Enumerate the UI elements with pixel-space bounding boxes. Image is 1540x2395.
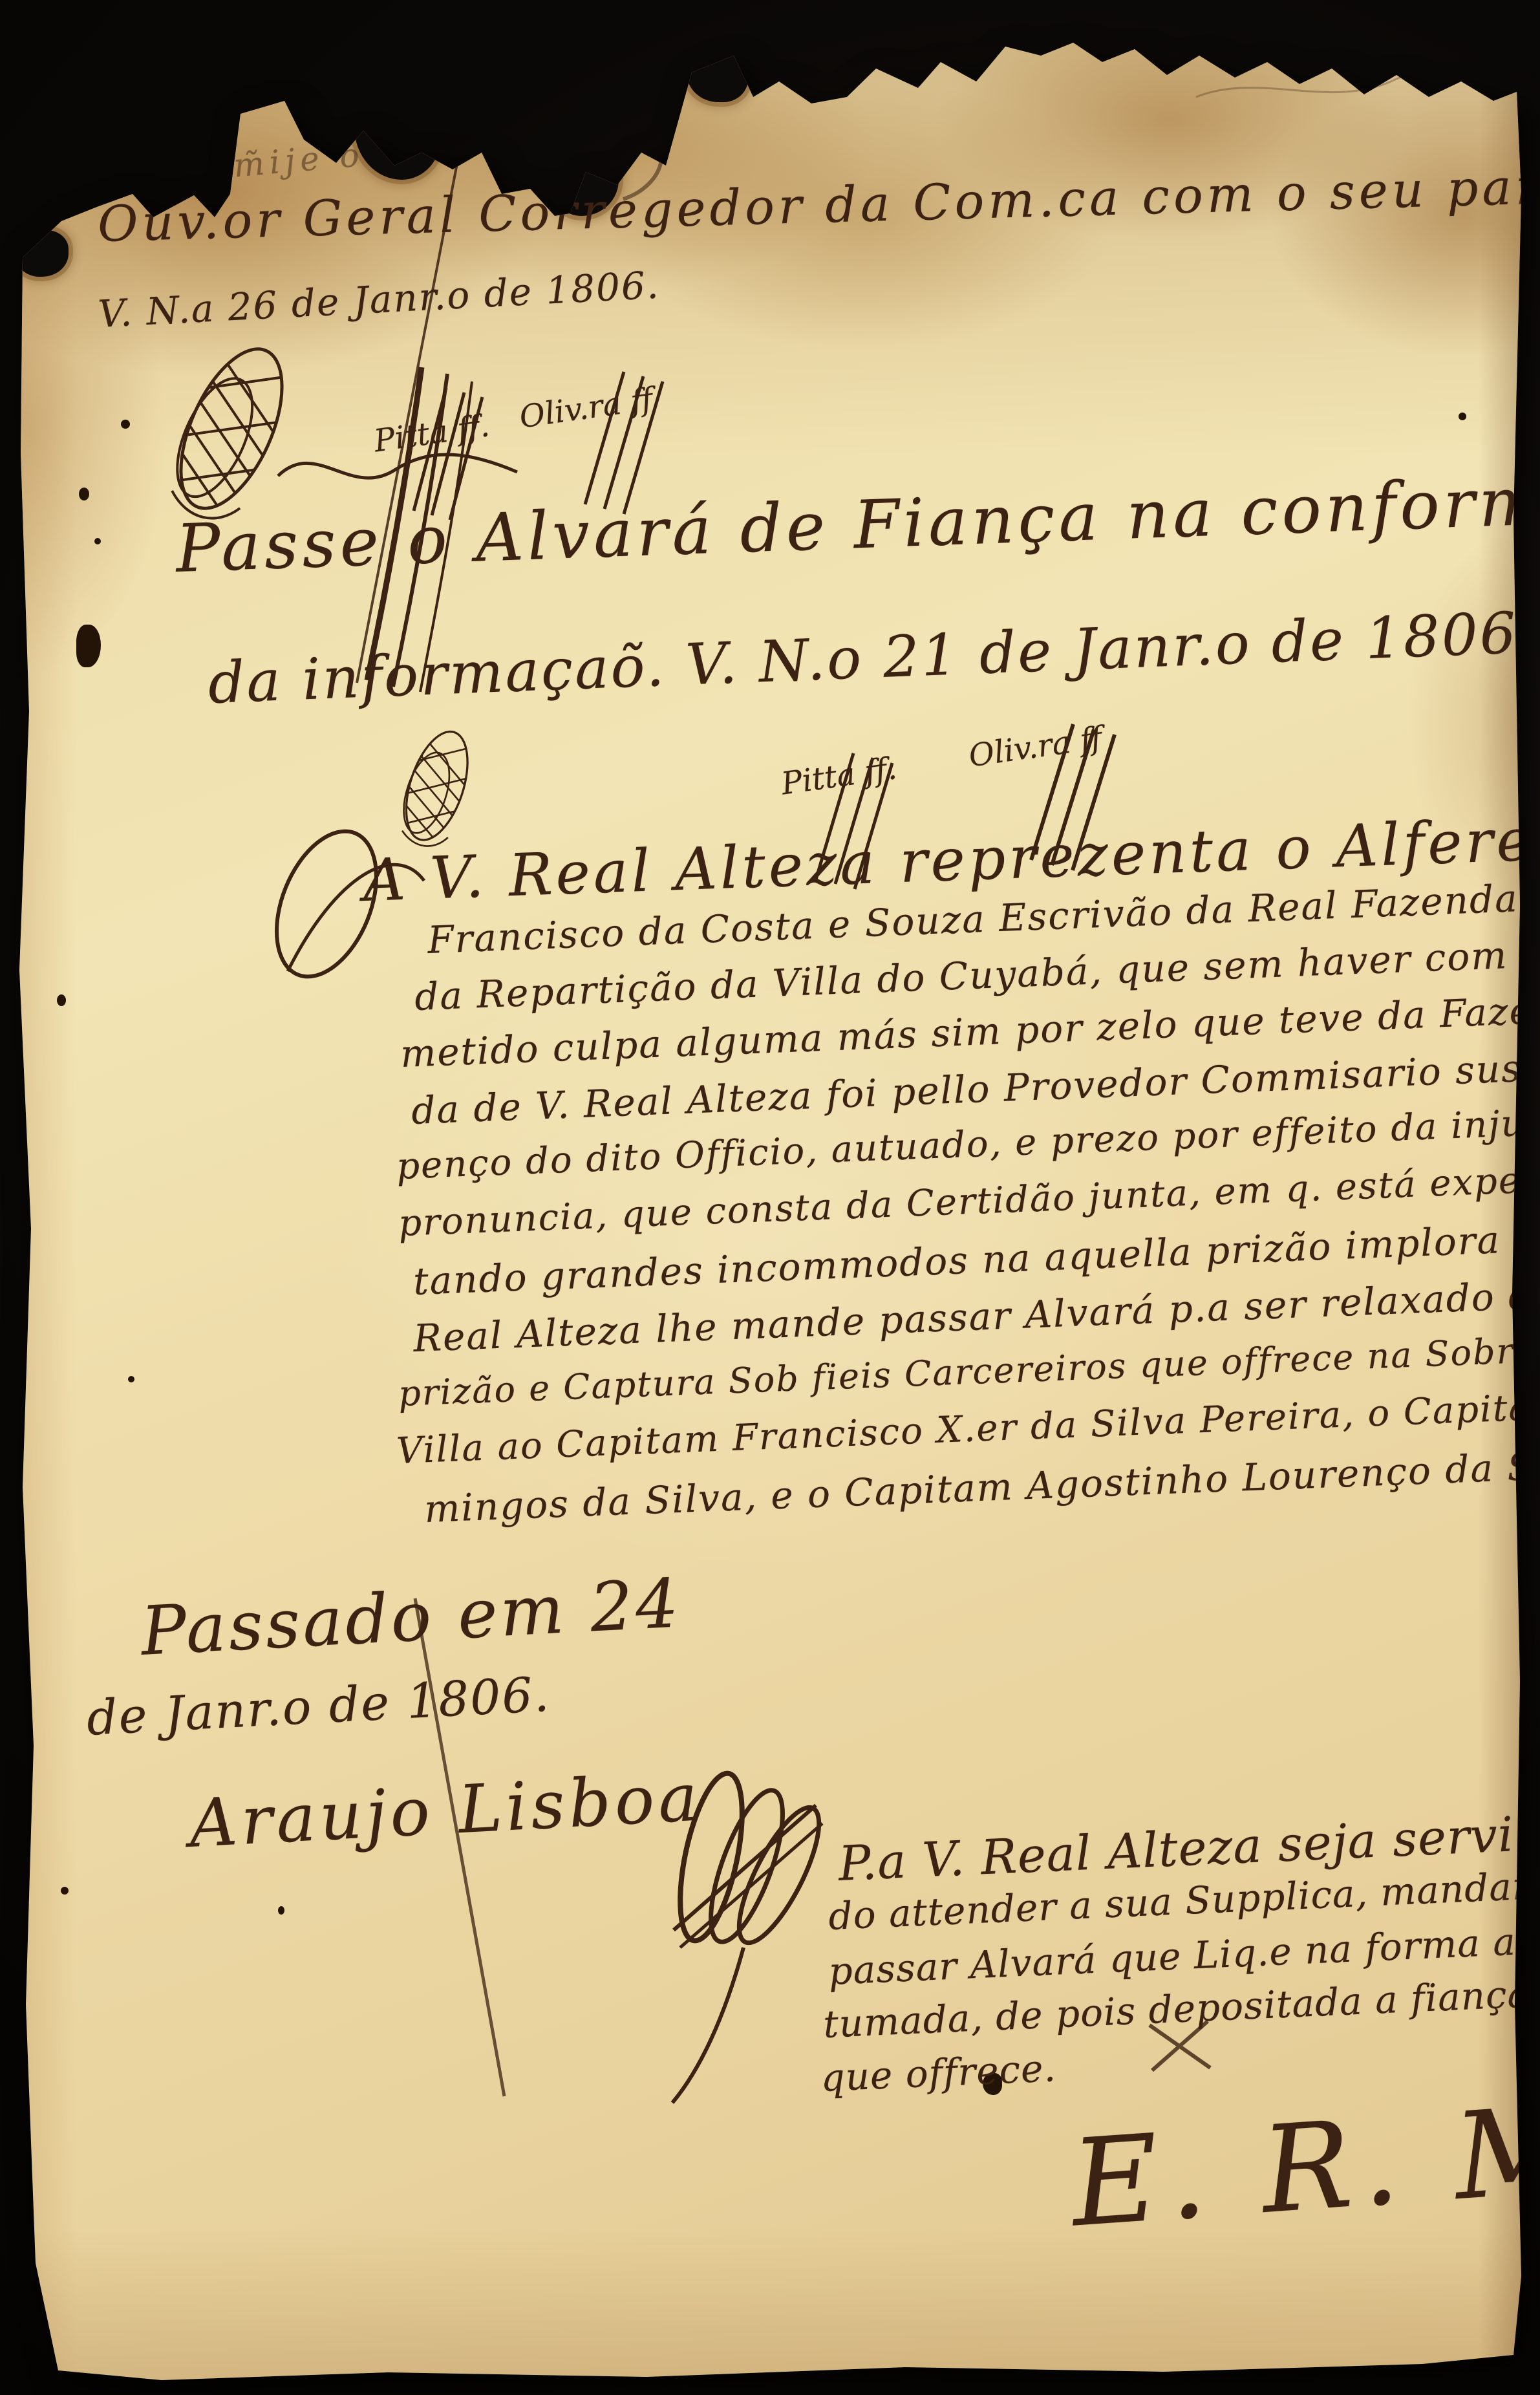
pen-flourish bbox=[278, 455, 517, 478]
rubric-pitta-1: Pitta ﬀ. bbox=[372, 407, 491, 459]
ink-speck bbox=[57, 994, 66, 1006]
ink-speck bbox=[79, 488, 89, 500]
ink-speck bbox=[121, 420, 130, 429]
top-right-scratch bbox=[1196, 71, 1501, 97]
notary-signature: Araujo Lisboa bbox=[187, 1759, 703, 1863]
paper-hole bbox=[354, 83, 442, 180]
ink-speck bbox=[61, 1887, 69, 1895]
ink-speck bbox=[128, 1376, 134, 1382]
passe-despatch-line-1: Passe o Alvará de Fiança na conformid.e bbox=[175, 458, 1540, 588]
valediction-erm: E. R. M. bbox=[1067, 2075, 1540, 2253]
paper-hole bbox=[687, 45, 748, 102]
photograph-background: Com̃ije o Ouv.or Geral Corregedor da Com… bbox=[0, 0, 1540, 2395]
paper-shadow-wrap: Com̃ije o Ouv.or Geral Corregedor da Com… bbox=[0, 0, 1540, 2395]
closing-line-5: que offrece. bbox=[820, 2046, 1057, 2100]
ink-speck bbox=[94, 538, 101, 544]
ink-speck bbox=[76, 625, 101, 667]
paper-hole bbox=[16, 230, 69, 277]
informe-despatch-line-2: V. N.a 26 de Janr.o de 1806. bbox=[97, 263, 661, 336]
manuscript-page: Com̃ije o Ouv.or Geral Corregedor da Com… bbox=[0, 0, 1540, 2395]
issuance-date-line-2: de Janr.o de 1806. bbox=[85, 1666, 551, 1746]
issuance-date-line-1: Passado em 24 bbox=[139, 1563, 683, 1671]
rubric-oliveira-2: Oliv.ra ﬀ bbox=[967, 720, 1104, 774]
rubric-oliveira-1: Oliv.ra ﬀ bbox=[517, 381, 655, 435]
ink-speck bbox=[278, 1906, 284, 1915]
damaged-fragment-line: Com̃ije o bbox=[178, 136, 366, 189]
rubric-pitta-2: Pitta ﬀ. bbox=[779, 750, 899, 802]
ink-speck bbox=[1459, 413, 1466, 420]
passe-despatch-line-2: da informaçaõ. V. N.o 21 de Janr.o de 18… bbox=[207, 599, 1539, 716]
